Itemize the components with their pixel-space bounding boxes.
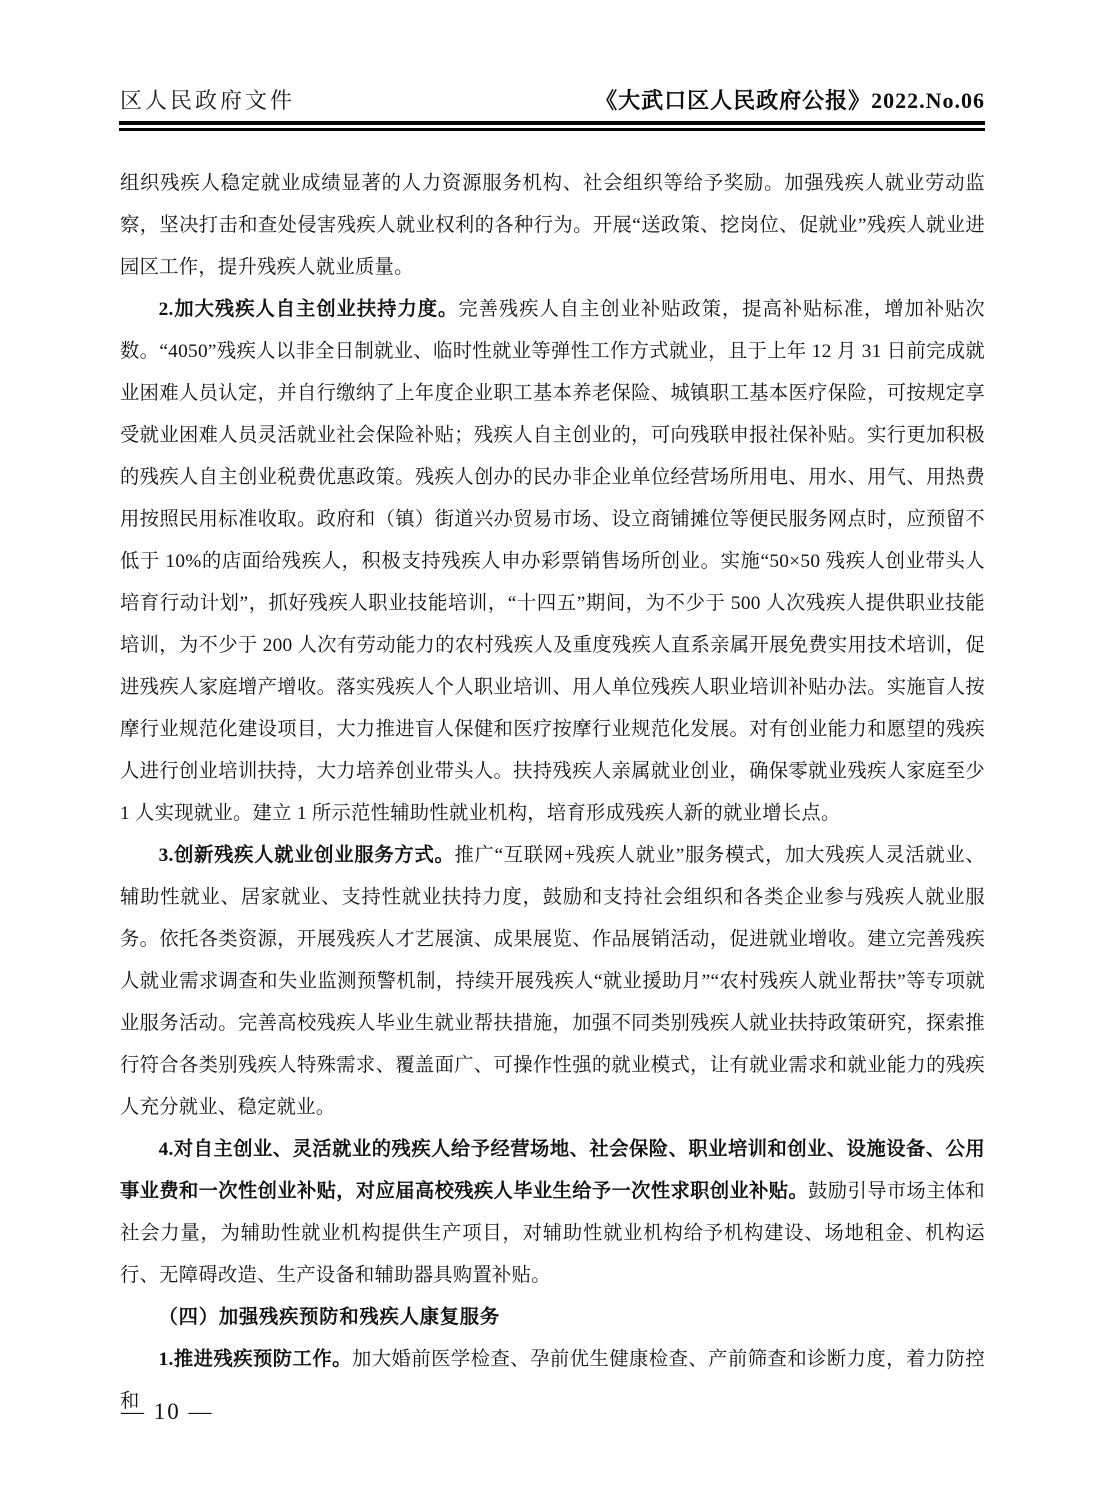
paragraph-text: 推广“互联网+残疾人就业”服务模式，加大残疾人灵活就业、辅助性就业、居家就业、支… [120,845,985,1118]
paragraph-text: 组织残疾人稳定就业成绩显著的人力资源服务机构、社会组织等给予奖励。加强残疾人就业… [120,173,985,278]
paragraph-text: 完善残疾人自主创业补贴政策，提高补贴标准，增加补贴次数。“4050”残疾人以非全… [120,299,985,824]
paragraph-disability-prevention: 1.推进残疾预防工作。加大婚前医学检查、孕前优生健康检查、产前筛查和诊断力度，着… [120,1339,985,1423]
page-header: 区人民政府文件 《大武口区人民政府公报》2022.No.06 [120,84,985,115]
paragraph-self-employment-support: 2.加大残疾人自主创业扶持力度。完善残疾人自主创业补贴政策，提高补贴标准，增加补… [120,289,985,835]
section-heading-text: （四）加强残疾预防和残疾人康复服务 [159,1307,500,1328]
header-doc-type: 区人民政府文件 [120,84,295,115]
paragraph-service-innovation: 3.创新残疾人就业创业服务方式。推广“互联网+残疾人就业”服务模式，加大残疾人灵… [120,835,985,1129]
paragraph-lead-bold: 1.推进残疾预防工作。 [159,1349,352,1370]
paragraph-lead-bold: 3.创新残疾人就业创业服务方式。 [159,845,455,866]
header-gazette-title: 《大武口区人民政府公报》2022.No.06 [595,84,985,115]
page-number: — 10 — [121,1399,214,1425]
paragraph-lead-bold: 2.加大残疾人自主创业扶持力度。 [159,299,459,320]
paragraph-employment-reward: 组织残疾人稳定就业成绩显著的人力资源服务机构、社会组织等给予奖励。加强残疾人就业… [120,163,985,289]
document-page: 区人民政府文件 《大武口区人民政府公报》2022.No.06 组织残疾人稳定就业… [0,0,1105,1489]
section-heading-rehab-services: （四）加强残疾预防和残疾人康复服务 [120,1297,985,1339]
document-body: 组织残疾人稳定就业成绩显著的人力资源服务机构、社会组织等给予奖励。加强残疾人就业… [120,163,985,1423]
header-double-rule [119,121,985,131]
paragraph-subsidy-policy: 4.对自主创业、灵活就业的残疾人给予经营场地、社会保险、职业培训和创业、设施设备… [120,1129,985,1297]
